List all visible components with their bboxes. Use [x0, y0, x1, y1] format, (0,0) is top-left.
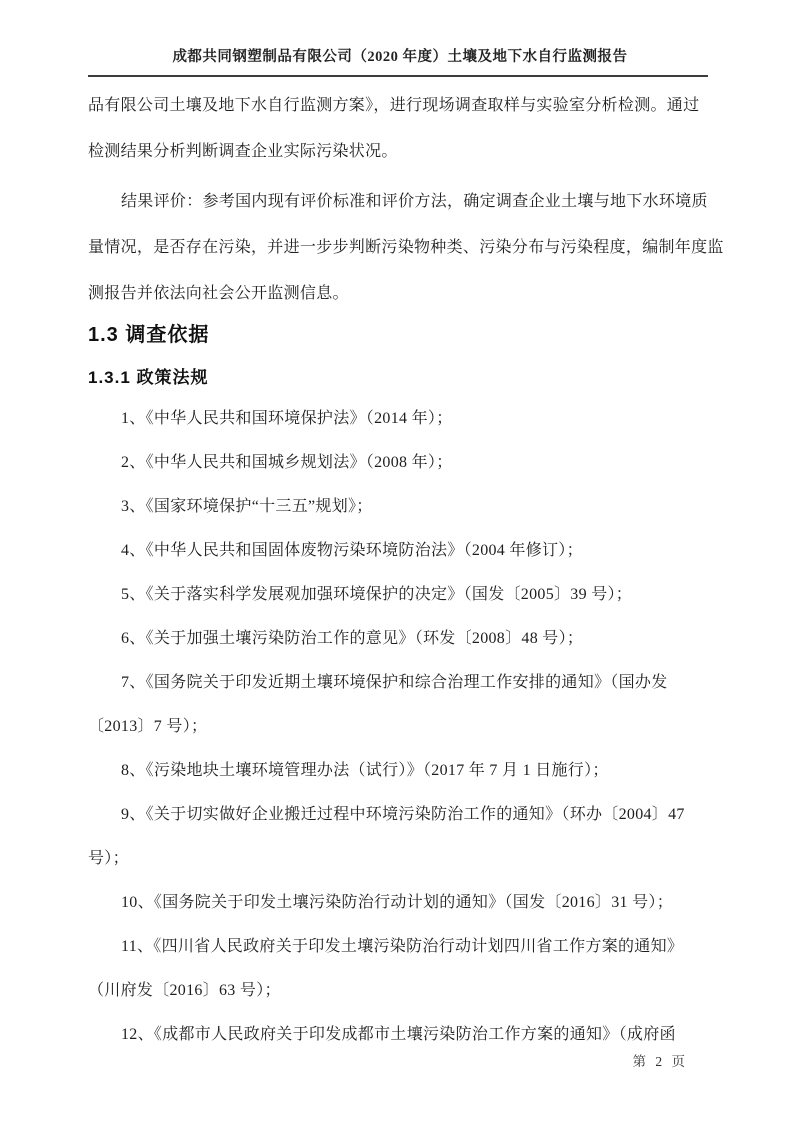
text-line: 检测结果分析判断调查企业实际污染状况。 [88, 129, 713, 175]
text-line: 测报告并依法向社会公开监测信息。 [88, 271, 713, 317]
text-line: 1、《中华人民共和国环境保护法》（2014 年）； [88, 397, 713, 441]
list-item: 3、《国家环境保护“十三五”规划》； [88, 485, 713, 529]
text-line: （川府发〔2016〕63 号）； [88, 969, 713, 1013]
text-line: 4、《中华人民共和国固体废物污染环境防治法》（2004 年修订）； [88, 529, 713, 573]
list-item: 6、《关于加强土壤污染防治工作的意见》（环发〔2008〕48 号）； [88, 617, 713, 661]
text-line: 品有限公司土壤及地下水自行监测方案》，进行现场调查取样与实验室分析检测。通过 [88, 83, 713, 129]
text-line: 11、《四川省人民政府关于印发土壤污染防治行动计划四川省工作方案的通知》 [88, 925, 713, 969]
text-line: 9、《关于切实做好企业搬迁过程中环境污染防治工作的通知》（环办〔2004〕47 [88, 793, 713, 837]
text-line: 量情况，是否存在污染，并进一步步判断污染物种类、污染分布与污染程度，编制年度监 [88, 225, 713, 271]
list-item: 10、《国务院关于印发土壤污染防治行动计划的通知》（国发〔2016〕31 号）； [88, 881, 713, 925]
text-line: 6、《关于加强土壤污染防治工作的意见》（环发〔2008〕48 号）； [88, 617, 713, 661]
text-line: 结果评价：参考国内现有评价标准和评价方法，确定调查企业土壤与地下水环境质 [88, 179, 713, 225]
text-line: 号）； [88, 837, 713, 881]
text-line: 7、《国务院关于印发近期土壤环境保护和综合治理工作安排的通知》（国办发 [88, 661, 713, 705]
text-line: 12、《成都市人民政府关于印发成都市土壤污染防治工作方案的通知》（成府函 [88, 1013, 713, 1057]
list-item: 1、《中华人民共和国环境保护法》（2014 年）； [88, 397, 713, 441]
list-item: 4、《中华人民共和国固体废物污染环境防治法》（2004 年修订）； [88, 529, 713, 573]
text-line: 3、《国家环境保护“十三五”规划》； [88, 485, 713, 529]
text-line: 10、《国务院关于印发土壤污染防治行动计划的通知》（国发〔2016〕31 号）； [88, 881, 713, 925]
text-line: 2、《中华人民共和国城乡规划法》（2008 年）； [88, 441, 713, 485]
list-item: 11、《四川省人民政府关于印发土壤污染防治行动计划四川省工作方案的通知》 （川府… [88, 925, 713, 1013]
page-footer: 第 2 页 [633, 1050, 689, 1070]
page-number: 第 2 页 [633, 1054, 689, 1069]
list-item: 7、《国务院关于印发近期土壤环境保护和综合治理工作安排的通知》（国办发 〔201… [88, 661, 713, 749]
regulation-list: 1、《中华人民共和国环境保护法》（2014 年）； 2、《中华人民共和国城乡规划… [88, 397, 713, 1057]
header-title: 成都共同钢塑制品有限公司（2020 年度）土壤及地下水自行监测报告 [0, 0, 800, 66]
list-item: 5、《关于落实科学发展观加强环境保护的决定》（国发〔2005〕39 号）； [88, 573, 713, 617]
list-item: 9、《关于切实做好企业搬迁过程中环境污染防治工作的通知》（环办〔2004〕47 … [88, 793, 713, 881]
page-body: 品有限公司土壤及地下水自行监测方案》，进行现场调查取样与实验室分析检测。通过 检… [0, 77, 800, 1057]
subsection-heading-1-3-1: 1.3.1 政策法规 [88, 365, 713, 391]
paragraph-result-evaluation: 结果评价：参考国内现有评价标准和评价方法，确定调查企业土壤与地下水环境质 量情况… [88, 179, 713, 317]
text-line: 5、《关于落实科学发展观加强环境保护的决定》（国发〔2005〕39 号）； [88, 573, 713, 617]
page-header: 成都共同钢塑制品有限公司（2020 年度）土壤及地下水自行监测报告 [0, 0, 800, 77]
list-item: 12、《成都市人民政府关于印发成都市土壤污染防治工作方案的通知》（成府函 [88, 1013, 713, 1057]
list-item: 2、《中华人民共和国城乡规划法》（2008 年）； [88, 441, 713, 485]
list-item: 8、《污染地块土壤环境管理办法（试行）》（2017 年 7 月 1 日施行）； [88, 749, 713, 793]
section-heading-1-3: 1.3 调查依据 [88, 321, 713, 349]
text-line: 〔2013〕7 号）； [88, 705, 713, 749]
text-line: 8、《污染地块土壤环境管理办法（试行）》（2017 年 7 月 1 日施行）； [88, 749, 713, 793]
document-page: 成都共同钢塑制品有限公司（2020 年度）土壤及地下水自行监测报告 品有限公司土… [0, 0, 800, 1131]
paragraph-continuation: 品有限公司土壤及地下水自行监测方案》，进行现场调查取样与实验室分析检测。通过 检… [88, 83, 713, 175]
